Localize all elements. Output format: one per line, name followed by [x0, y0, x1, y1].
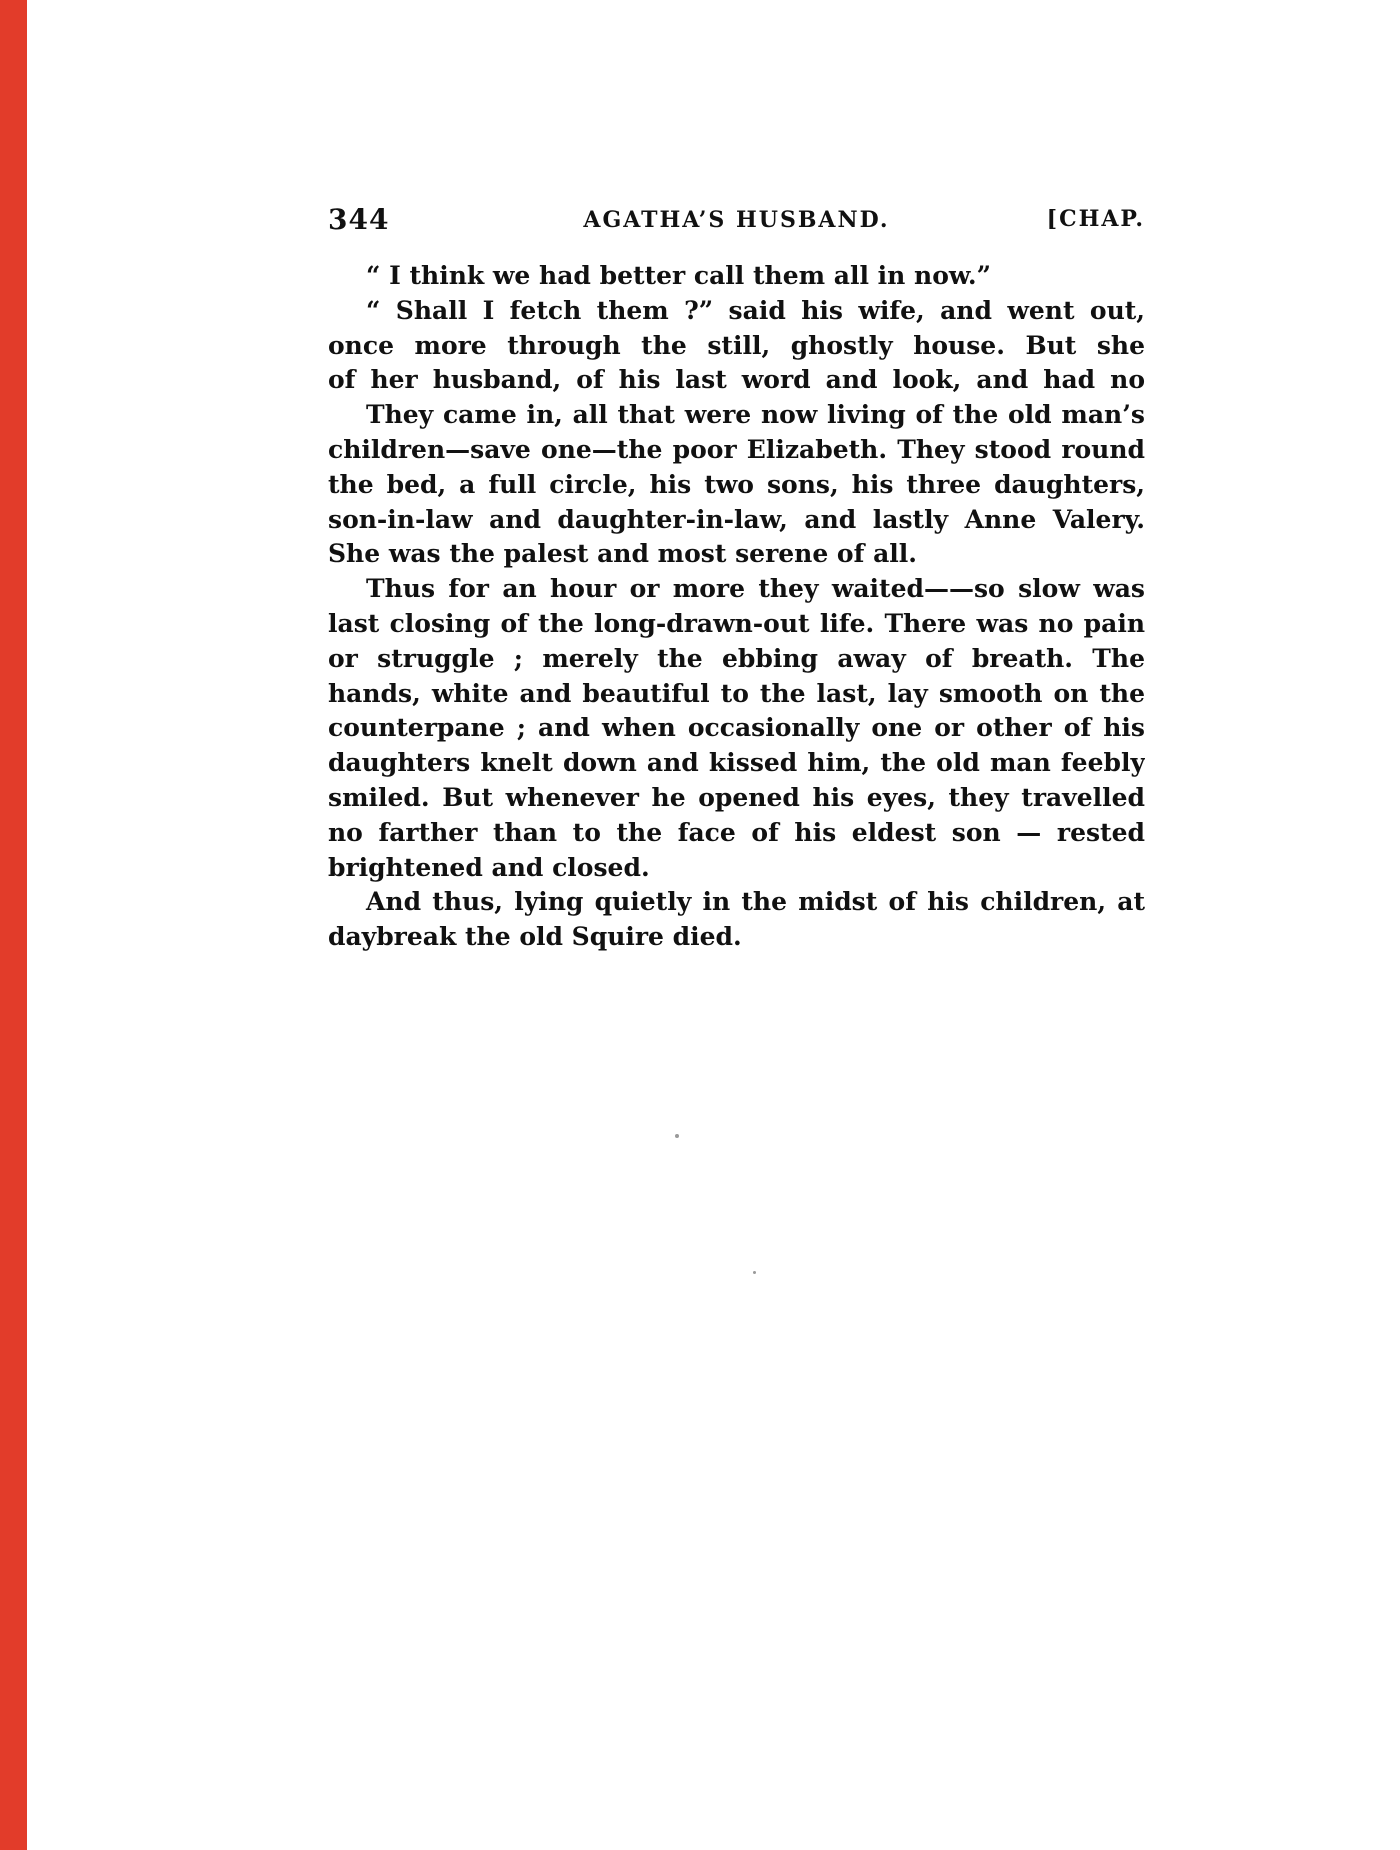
text-line: daybreak the old Squire died.	[328, 920, 1145, 955]
text-line: hands, white and beautiful to the last, …	[328, 677, 1145, 712]
text-line: daughters knelt down and kissed him, the…	[328, 746, 1145, 781]
text-line: children—save one—the poor Elizabeth. Th…	[328, 433, 1145, 468]
text-line: Thus for an hour or more they waited——so…	[328, 572, 1145, 607]
running-title: AGATHA’S HUSBAND.	[328, 207, 1145, 233]
text-line: son-in-law and daughter-in-law, and last…	[328, 503, 1145, 538]
book-page: 344 AGATHA’S HUSBAND. [CHAP. “ I think w…	[0, 0, 1400, 1850]
paragraph: “ I think we had better call them all in…	[328, 259, 1145, 294]
text-line: once more through the still, ghostly hou…	[328, 329, 1145, 364]
text-line: counterpane ; and when occasionally one …	[328, 711, 1145, 746]
body-text: “ I think we had better call them all in…	[328, 259, 1145, 955]
paragraph: Thus for an hour or more they waited——so…	[328, 572, 1145, 885]
text-line: She was the palest and most serene of al…	[328, 537, 1145, 572]
text-line: brightened and closed.	[328, 851, 1145, 886]
text-line: smiled. But whenever he opened his eyes,…	[328, 781, 1145, 816]
paragraph: “ Shall I fetch them ?” said his wife, a…	[328, 294, 1145, 398]
text-line: no farther than to the face of his eldes…	[328, 816, 1145, 851]
text-line: of her husband, of his last word and loo…	[328, 363, 1145, 398]
text-line: And thus, lying quietly in the midst of …	[328, 885, 1145, 920]
text-line: last closing of the long-drawn-out life.…	[328, 607, 1145, 642]
text-line: They came in, all that were now living o…	[328, 398, 1145, 433]
chapter-marker: [CHAP.	[1047, 206, 1145, 232]
scan-edge-bar	[0, 0, 27, 1850]
ink-speck	[675, 1134, 679, 1138]
text-line: “ Shall I fetch them ?” said his wife, a…	[328, 294, 1145, 329]
text-line: the bed, a full circle, his two sons, hi…	[328, 468, 1145, 503]
paragraph: And thus, lying quietly in the midst of …	[328, 885, 1145, 955]
paragraph: They came in, all that were now living o…	[328, 398, 1145, 572]
ink-speck	[753, 1271, 756, 1274]
text-line: “ I think we had better call them all in…	[328, 259, 1145, 294]
page-header: 344 AGATHA’S HUSBAND. [CHAP.	[328, 203, 1145, 239]
text-line: or struggle ; merely the ebbing away of …	[328, 642, 1145, 677]
